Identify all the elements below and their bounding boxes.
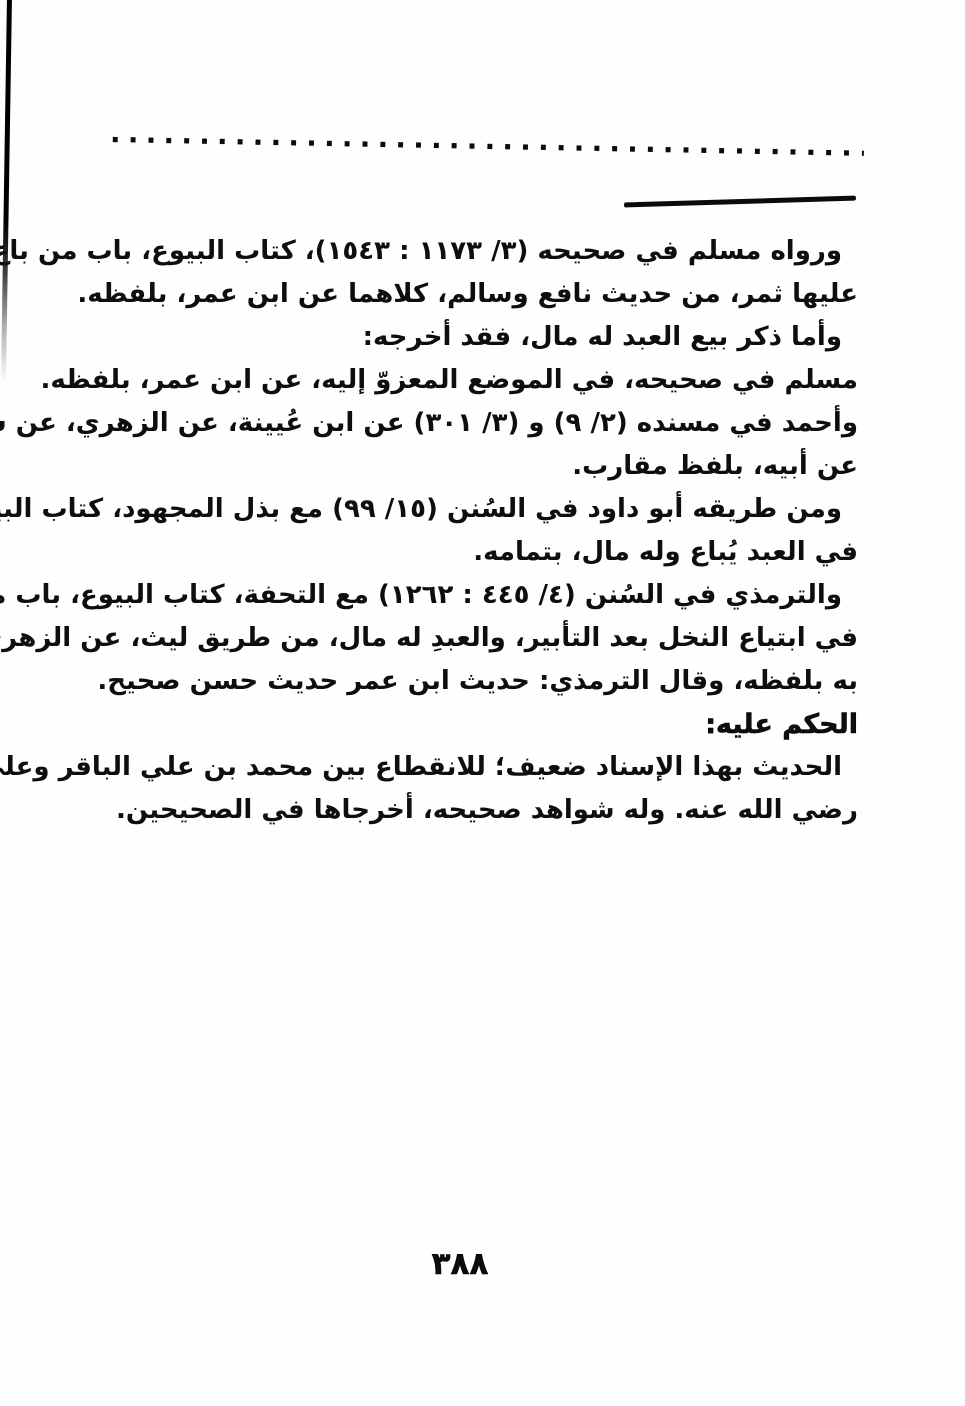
takhrij-paragraph-abudawud: ومن طريقه أبو داود في السُنن (١٥/ ٩٩) مع…	[110, 488, 858, 574]
text-line: عليها ثمر، من حديث نافع وسالم، كلاهما عن…	[110, 273, 858, 316]
section-heading-hukm: الحكم عليه:	[110, 703, 858, 746]
text-line: رضي الله عنه. وله شواهد صحيحه، أخرجاها ف…	[110, 789, 858, 832]
text-line: وأما ذكر بيع العبد له مال، فقد أخرجه:	[110, 316, 858, 359]
text-line: به بلفظه، وقال الترمذي: حديث ابن عمر حدي…	[110, 660, 858, 703]
ruling-section: الحكم عليه: الحديث بهذا الإسناد ضعيف؛ لل…	[110, 703, 858, 832]
text-line: في ابتياع النخل بعد التأبير، والعبدِ له …	[110, 617, 858, 660]
text-line: مسلم في صحيحه، في الموضع المعزوّ إليه، ع…	[110, 359, 858, 402]
takhrij-paragraph-muslim-mawdi: مسلم في صحيحه، في الموضع المعزوّ إليه، ع…	[110, 359, 858, 402]
takhrij-paragraph-tirmidhi: والترمذي في السُنن (٤/ ٤٤٥ : ١٢٦٢) مع ال…	[110, 574, 858, 703]
scanned-page: ........................................…	[0, 0, 965, 1406]
scan-artifact-line	[1, 0, 12, 382]
page-number: ٣٨٨	[418, 1246, 502, 1282]
omission-dots: ........................................…	[110, 117, 865, 167]
text-line: ورواه مسلم في صحيحه (٣/ ١١٧٣ : ١٥٤٣)، كت…	[110, 230, 858, 273]
text-line: عن أبيه، بلفظ مقارب.	[110, 445, 858, 488]
text-line: وأحمد في مسنده (٢/ ٩) و (٣/ ٣٠١) عن ابن …	[110, 402, 858, 445]
text-line: الحديث بهذا الإسناد ضعيف؛ للانقطاع بين م…	[110, 746, 858, 789]
takhrij-paragraph-ahmad: وأحمد في مسنده (٢/ ٩) و (٣/ ٣٠١) عن ابن …	[110, 402, 858, 488]
text-block: ورواه مسلم في صحيحه (٣/ ١١٧٣ : ١٥٤٣)، كت…	[110, 230, 858, 832]
takhrij-paragraph-muslim: ورواه مسلم في صحيحه (٣/ ١١٧٣ : ١٥٤٣)، كت…	[110, 230, 858, 316]
text-line: في العبد يُباع وله مال، بتمامه.	[110, 531, 858, 574]
text-line: ومن طريقه أبو داود في السُنن (١٥/ ٩٩) مع…	[110, 488, 858, 531]
takhrij-paragraph-intro: وأما ذكر بيع العبد له مال، فقد أخرجه:	[110, 316, 858, 359]
footnote-separator-rule	[624, 196, 856, 208]
text-line: والترمذي في السُنن (٤/ ٤٤٥ : ١٢٦٢) مع ال…	[110, 574, 858, 617]
